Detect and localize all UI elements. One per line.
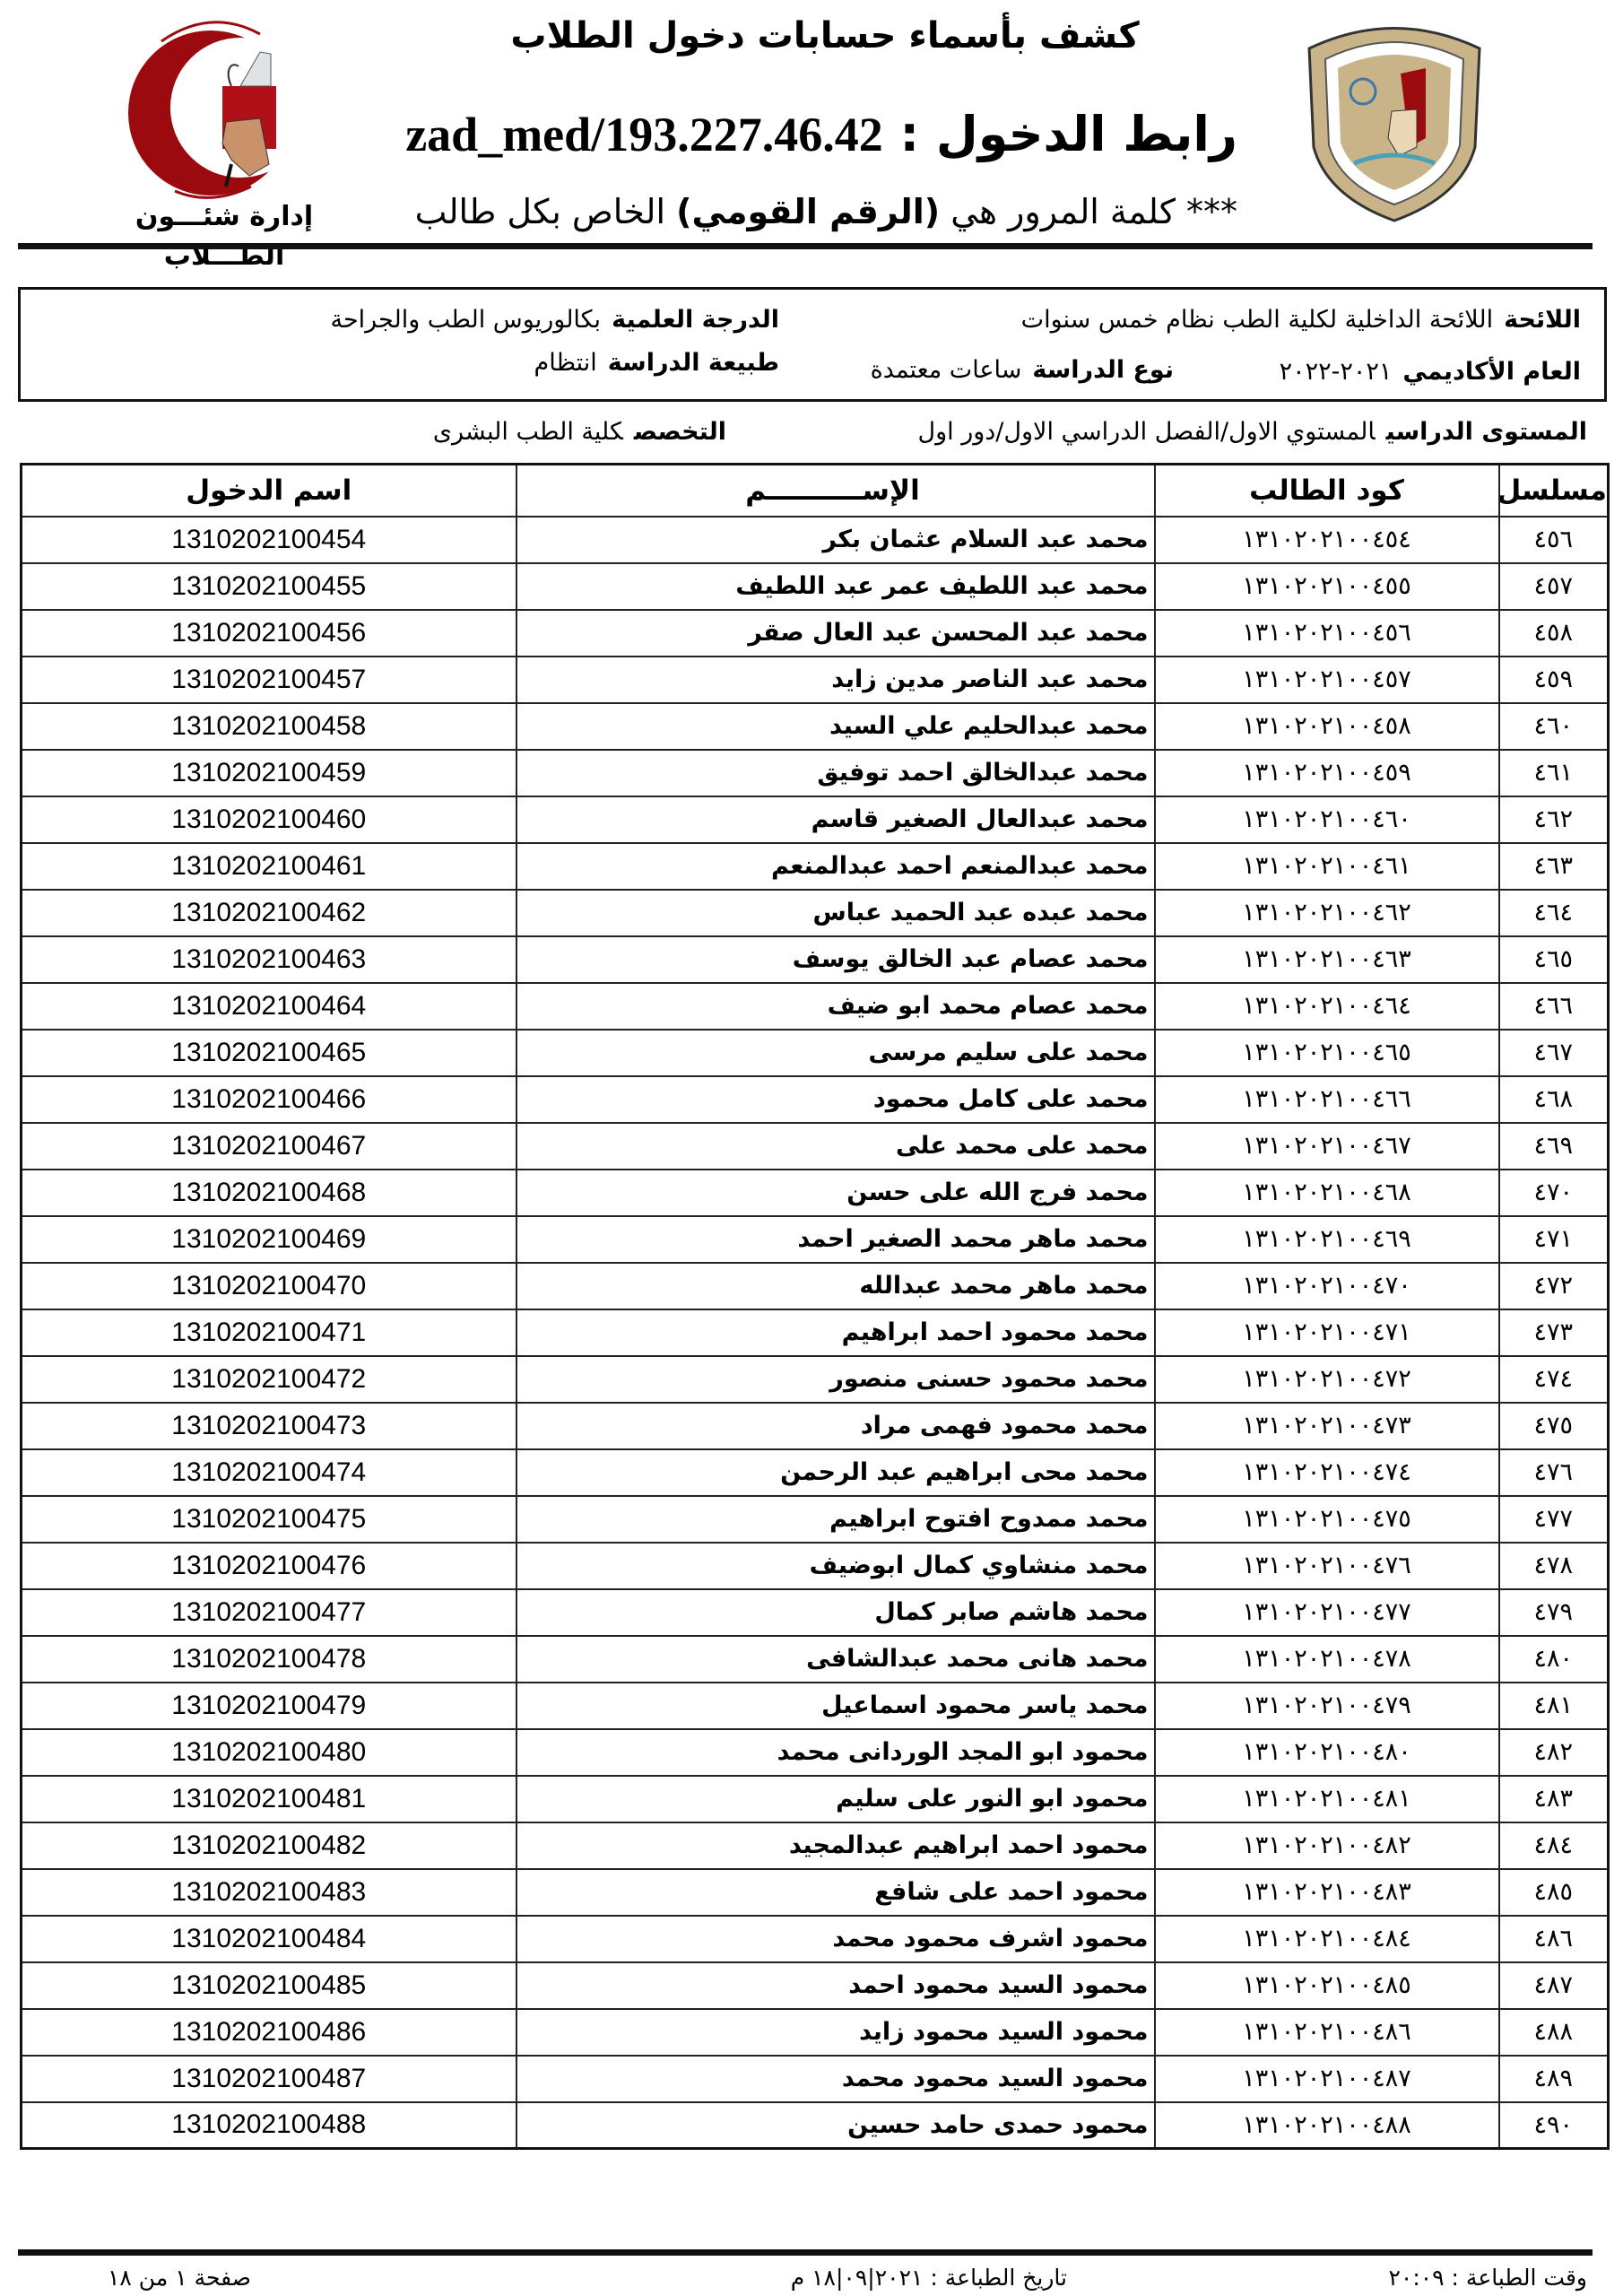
serial-cell: ٤٨١ bbox=[1499, 1683, 1609, 1729]
student-code-cell: ١٣١٠٢٠٢١٠٠٤٥٤ bbox=[1155, 517, 1499, 563]
student-code-cell: ١٣١٠٢٠٢١٠٠٤٦٧ bbox=[1155, 1123, 1499, 1170]
table-row: ٤٦٣١٣١٠٢٠٢١٠٠٤٦١محمد عبدالمنعم احمد عبدا… bbox=[22, 843, 1609, 890]
degree-value: بكالوريوس الطب والجراحة bbox=[330, 306, 601, 334]
student-name-cell: محمد عبدالعال الصغير قاسم bbox=[516, 796, 1155, 843]
student-name-cell: محمود السيد محمود احمد bbox=[516, 1962, 1155, 2009]
login-name-cell: 1310202100462 bbox=[22, 890, 516, 936]
table-header-row: مسلسل كود الطالب الإســــــــــم اسم الد… bbox=[22, 465, 1609, 517]
student-name-cell: محمد عبدالخالق احمد توفيق bbox=[516, 750, 1155, 796]
student-code-cell: ١٣١٠٢٠٢١٠٠٤٨٠ bbox=[1155, 1729, 1499, 1776]
table-row: ٤٧٧١٣١٠٢٠٢١٠٠٤٧٥محمد ممدوح افتوح ابراهيم… bbox=[22, 1496, 1609, 1543]
degree-field: الدرجة العلميةبكالوريوس الطب والجراحة bbox=[330, 302, 779, 338]
academic-year-label: العام الأكاديمي bbox=[1402, 358, 1581, 386]
student-name-cell: محمد ياسر محمود اسماعيل bbox=[516, 1683, 1155, 1729]
login-name-cell: 1310202100464 bbox=[22, 983, 516, 1030]
student-name-cell: محمد على كامل محمود bbox=[516, 1076, 1155, 1123]
student-code-cell: ١٣١٠٢٠٢١٠٠٤٥٥ bbox=[1155, 563, 1499, 610]
login-name-cell: 1310202100461 bbox=[22, 843, 516, 890]
login-name-cell: 1310202100459 bbox=[22, 750, 516, 796]
student-name-cell: محمود حمدى حامد حسين bbox=[516, 2102, 1155, 2149]
regulation-label: اللائحة bbox=[1504, 306, 1581, 334]
page-number: صفحة ١ من ١٨ bbox=[108, 2262, 251, 2294]
password-note-suffix: الخاص بكل طالب bbox=[415, 192, 665, 231]
login-name-cell: 1310202100481 bbox=[22, 1776, 516, 1822]
serial-cell: ٤٨٠ bbox=[1499, 1636, 1609, 1683]
login-name-cell: 1310202100475 bbox=[22, 1496, 516, 1543]
specialization-field: التخصصكلية الطب البشرى bbox=[433, 414, 726, 450]
student-name-cell: محمود السيد محمود زايد bbox=[516, 2009, 1155, 2056]
table-row: ٤٧٨١٣١٠٢٠٢١٠٠٤٧٦محمد منشاوي كمال ابوضيف1… bbox=[22, 1543, 1609, 1589]
serial-cell: ٤٦٦ bbox=[1499, 983, 1609, 1030]
student-name-cell: محمود ابو المجد الوردانى محمد bbox=[516, 1729, 1155, 1776]
serial-cell: ٤٨٥ bbox=[1499, 1869, 1609, 1916]
login-name-cell: 1310202100488 bbox=[22, 2102, 516, 2149]
serial-cell: ٤٥٧ bbox=[1499, 563, 1609, 610]
login-name-cell: 1310202100454 bbox=[22, 517, 516, 563]
regulation-field: اللائحةاللائحة الداخلية لكلية الطب نظام … bbox=[1021, 302, 1581, 338]
study-nature-value: انتظام bbox=[534, 349, 597, 377]
serial-cell: ٤٦٠ bbox=[1499, 703, 1609, 750]
student-name-cell: محمد عبده عبد الحميد عباس bbox=[516, 890, 1155, 936]
student-name-cell: محمود احمد على شافع bbox=[516, 1869, 1155, 1916]
table-row: ٤٧٢١٣١٠٢٠٢١٠٠٤٧٠محمد ماهر محمد عبدالله13… bbox=[22, 1263, 1609, 1309]
login-name-cell: 1310202100470 bbox=[22, 1263, 516, 1309]
table-row: ٤٥٩١٣١٠٢٠٢١٠٠٤٥٧محمد عبد الناصر مدين زاي… bbox=[22, 657, 1609, 703]
student-code-cell: ١٣١٠٢٠٢١٠٠٤٧٠ bbox=[1155, 1263, 1499, 1309]
student-code-cell: ١٣١٠٢٠٢١٠٠٤٦٤ bbox=[1155, 983, 1499, 1030]
student-name-cell: محمد عبدالحليم علي السيد bbox=[516, 703, 1155, 750]
login-name-cell: 1310202100465 bbox=[22, 1030, 516, 1076]
login-name-cell: 1310202100460 bbox=[22, 796, 516, 843]
student-name-cell: محمد محمود احمد ابراهيم bbox=[516, 1309, 1155, 1356]
student-code-cell: ١٣١٠٢٠٢١٠٠٤٨١ bbox=[1155, 1776, 1499, 1822]
specialization-label: التخصص bbox=[634, 418, 726, 446]
password-note-bold: (الرقم القومي) bbox=[676, 192, 940, 231]
student-name-cell: محمد عبدالمنعم احمد عبدالمنعم bbox=[516, 843, 1155, 890]
table-row: ٤٨٤١٣١٠٢٠٢١٠٠٤٨٢محمود احمد ابراهيم عبدال… bbox=[22, 1822, 1609, 1869]
student-name-cell: محمد منشاوي كمال ابوضيف bbox=[516, 1543, 1155, 1589]
login-name-cell: 1310202100473 bbox=[22, 1403, 516, 1449]
table-row: ٤٨٣١٣١٠٢٠٢١٠٠٤٨١محمود ابو النور على سليم… bbox=[22, 1776, 1609, 1822]
table-row: ٤٨٧١٣١٠٢٠٢١٠٠٤٨٥محمود السيد محمود احمد13… bbox=[22, 1962, 1609, 2009]
student-code-cell: ١٣١٠٢٠٢١٠٠٤٦٣ bbox=[1155, 936, 1499, 983]
student-code-cell: ١٣١٠٢٠٢١٠٠٤٧١ bbox=[1155, 1309, 1499, 1356]
table-row: ٤٦٨١٣١٠٢٠٢١٠٠٤٦٦محمد على كامل محمود13102… bbox=[22, 1076, 1609, 1123]
study-level-field: المستوى الدراسيالمستوي الاول/الفصل الدرا… bbox=[917, 414, 1587, 450]
study-type-field: نوع الدراسةساعات معتمدة bbox=[871, 352, 1174, 388]
column-header-serial: مسلسل bbox=[1499, 465, 1609, 517]
student-code-cell: ١٣١٠٢٠٢١٠٠٤٨٥ bbox=[1155, 1962, 1499, 2009]
serial-cell: ٤٦٧ bbox=[1499, 1030, 1609, 1076]
regulation-value: اللائحة الداخلية لكلية الطب نظام خمس سنو… bbox=[1021, 306, 1493, 334]
table-row: ٤٨٩١٣١٠٢٠٢١٠٠٤٨٧محمود السيد محمود محمد13… bbox=[22, 2056, 1609, 2102]
serial-cell: ٤٦٩ bbox=[1499, 1123, 1609, 1170]
login-name-cell: 1310202100483 bbox=[22, 1869, 516, 1916]
serial-cell: ٤٧٥ bbox=[1499, 1403, 1609, 1449]
study-type-label: نوع الدراسة bbox=[1032, 356, 1174, 384]
study-nature-label: طبيعة الدراسة bbox=[608, 349, 779, 377]
student-name-cell: محمد على محمد على bbox=[516, 1123, 1155, 1170]
login-name-cell: 1310202100484 bbox=[22, 1916, 516, 1962]
study-type-value: ساعات معتمدة bbox=[871, 356, 1022, 384]
serial-cell: ٤٦١ bbox=[1499, 750, 1609, 796]
serial-cell: ٤٨٨ bbox=[1499, 2009, 1609, 2056]
student-code-cell: ١٣١٠٢٠٢١٠٠٤٨٦ bbox=[1155, 2009, 1499, 2056]
serial-cell: ٤٦٢ bbox=[1499, 796, 1609, 843]
serial-cell: ٤٧٩ bbox=[1499, 1589, 1609, 1636]
crescent-pharaoh-logo-icon bbox=[126, 7, 305, 209]
student-code-cell: ١٣١٠٢٠٢١٠٠٤٦٦ bbox=[1155, 1076, 1499, 1123]
student-code-cell: ١٣١٠٢٠٢١٠٠٤٦٢ bbox=[1155, 890, 1499, 936]
table-body: ٤٥٦١٣١٠٢٠٢١٠٠٤٥٤محمد عبد السلام عثمان بك… bbox=[22, 517, 1609, 2149]
column-header-student-code: كود الطالب bbox=[1155, 465, 1499, 517]
student-code-cell: ١٣١٠٢٠٢١٠٠٤٨٣ bbox=[1155, 1869, 1499, 1916]
student-code-cell: ١٣١٠٢٠٢١٠٠٤٧٣ bbox=[1155, 1403, 1499, 1449]
program-info-box: اللائحةاللائحة الداخلية لكلية الطب نظام … bbox=[18, 287, 1607, 402]
serial-cell: ٤٦٨ bbox=[1499, 1076, 1609, 1123]
study-nature-field: طبيعة الدراسةانتظام bbox=[534, 345, 779, 381]
student-code-cell: ١٣١٠٢٠٢١٠٠٤٧٤ bbox=[1155, 1449, 1499, 1496]
university-crest bbox=[1291, 13, 1497, 228]
serial-cell: ٤٨٧ bbox=[1499, 1962, 1609, 2009]
login-name-cell: 1310202100474 bbox=[22, 1449, 516, 1496]
login-name-cell: 1310202100463 bbox=[22, 936, 516, 983]
page-title: كشف بأسماء حسابات دخول الطلاب bbox=[502, 9, 1148, 63]
table-row: ٤٧٥١٣١٠٢٠٢١٠٠٤٧٣محمد محمود فهمى مراد1310… bbox=[22, 1403, 1609, 1449]
student-name-cell: محمد عبد المحسن عبد العال صقر bbox=[516, 610, 1155, 657]
student-code-cell: ١٣١٠٢٠٢١٠٠٤٨٧ bbox=[1155, 2056, 1499, 2102]
table-row: ٤٧٤١٣١٠٢٠٢١٠٠٤٧٢محمد محمود حسنى منصور131… bbox=[22, 1356, 1609, 1403]
student-code-cell: ١٣١٠٢٠٢١٠٠٤٦١ bbox=[1155, 843, 1499, 890]
table-row: ٤٨٦١٣١٠٢٠٢١٠٠٤٨٤محمود اشرف محمود محمد131… bbox=[22, 1916, 1609, 1962]
table-row: ٤٦٥١٣١٠٢٠٢١٠٠٤٦٣محمد عصام عبد الخالق يوس… bbox=[22, 936, 1609, 983]
serial-cell: ٤٧١ bbox=[1499, 1216, 1609, 1263]
login-name-cell: 1310202100467 bbox=[22, 1123, 516, 1170]
serial-cell: ٤٧٨ bbox=[1499, 1543, 1609, 1589]
table-row: ٤٦٤١٣١٠٢٠٢١٠٠٤٦٢محمد عبده عبد الحميد عبا… bbox=[22, 890, 1609, 936]
student-code-cell: ١٣١٠٢٠٢١٠٠٤٧٢ bbox=[1155, 1356, 1499, 1403]
serial-cell: ٤٩٠ bbox=[1499, 2102, 1609, 2149]
table-row: ٤٨٢١٣١٠٢٠٢١٠٠٤٨٠محمود ابو المجد الوردانى… bbox=[22, 1729, 1609, 1776]
student-name-cell: محمود احمد ابراهيم عبدالمجيد bbox=[516, 1822, 1155, 1869]
login-name-cell: 1310202100458 bbox=[22, 703, 516, 750]
serial-cell: ٤٨٦ bbox=[1499, 1916, 1609, 1962]
table-row: ٤٥٧١٣١٠٢٠٢١٠٠٤٥٥محمد عبد اللطيف عمر عبد … bbox=[22, 563, 1609, 610]
student-code-cell: ١٣١٠٢٠٢١٠٠٤٧٩ bbox=[1155, 1683, 1499, 1729]
login-url[interactable]: 193.227.46.42/zad_med bbox=[405, 108, 883, 161]
student-name-cell: محمد هانى محمد عبدالشافى bbox=[516, 1636, 1155, 1683]
header-divider bbox=[18, 243, 1593, 249]
table-row: ٤٩٠١٣١٠٢٠٢١٠٠٤٨٨محمود حمدى حامد حسين1310… bbox=[22, 2102, 1609, 2149]
login-name-cell: 1310202100469 bbox=[22, 1216, 516, 1263]
login-name-cell: 1310202100479 bbox=[22, 1683, 516, 1729]
student-code-cell: ١٣١٠٢٠٢١٠٠٤٦٩ bbox=[1155, 1216, 1499, 1263]
table-row: ٤٧٩١٣١٠٢٠٢١٠٠٤٧٧محمد هاشم صابر كمال13102… bbox=[22, 1589, 1609, 1636]
table-row: ٤٥٦١٣١٠٢٠٢١٠٠٤٥٤محمد عبد السلام عثمان بك… bbox=[22, 517, 1609, 563]
serial-cell: ٤٧٣ bbox=[1499, 1309, 1609, 1356]
academic-year-field: العام الأكاديمي٢٠٢١-٢٠٢٢ bbox=[1280, 354, 1581, 390]
serial-cell: ٤٥٩ bbox=[1499, 657, 1609, 703]
login-name-cell: 1310202100477 bbox=[22, 1589, 516, 1636]
login-name-cell: 1310202100476 bbox=[22, 1543, 516, 1589]
print-time: وقت الطباعة : ٢٠:٠٩ bbox=[1388, 2262, 1587, 2294]
footer-divider bbox=[18, 2249, 1593, 2256]
student-name-cell: محمد ماهر محمد عبدالله bbox=[516, 1263, 1155, 1309]
student-name-cell: محمد محمود فهمى مراد bbox=[516, 1403, 1155, 1449]
column-header-login: اسم الدخول bbox=[22, 465, 516, 517]
print-date: تاريخ الطباعة : ٢٠٢١|٠٩|١٨ م bbox=[791, 2262, 1067, 2294]
specialization-value: كلية الطب البشرى bbox=[433, 418, 623, 446]
student-name-cell: محمد عبد الناصر مدين زايد bbox=[516, 657, 1155, 703]
serial-cell: ٤٦٥ bbox=[1499, 936, 1609, 983]
study-level-label: المستوى الدراسي bbox=[1386, 418, 1587, 446]
serial-cell: ٤٧٢ bbox=[1499, 1263, 1609, 1309]
login-name-cell: 1310202100466 bbox=[22, 1076, 516, 1123]
table-row: ٤٥٨١٣١٠٢٠٢١٠٠٤٥٦محمد عبد المحسن عبد العا… bbox=[22, 610, 1609, 657]
table-row: ٤٦١١٣١٠٢٠٢١٠٠٤٥٩محمد عبدالخالق احمد توفي… bbox=[22, 750, 1609, 796]
table-row: ٤٦٢١٣١٠٢٠٢١٠٠٤٦٠محمد عبدالعال الصغير قاس… bbox=[22, 796, 1609, 843]
study-level-value: المستوي الاول/الفصل الدراسي الاول/دور او… bbox=[917, 418, 1375, 446]
student-name-cell: محمد عصام محمد ابو ضيف bbox=[516, 983, 1155, 1030]
serial-cell: ٤٨٤ bbox=[1499, 1822, 1609, 1869]
table-row: ٤٦٩١٣١٠٢٠٢١٠٠٤٦٧محمد على محمد على1310202… bbox=[22, 1123, 1609, 1170]
login-link-label: رابط الدخول : bbox=[900, 106, 1238, 162]
student-name-cell: محمد ممدوح افتوح ابراهيم bbox=[516, 1496, 1155, 1543]
login-name-cell: 1310202100485 bbox=[22, 1962, 516, 2009]
student-accounts-table: مسلسل كود الطالب الإســــــــــم اسم الد… bbox=[20, 463, 1610, 2150]
student-code-cell: ١٣١٠٢٠٢١٠٠٤٨٤ bbox=[1155, 1916, 1499, 1962]
degree-label: الدرجة العلمية bbox=[612, 306, 779, 334]
table-row: ٤٧٦١٣١٠٢٠٢١٠٠٤٧٤محمد محى ابراهيم عبد الر… bbox=[22, 1449, 1609, 1496]
login-name-cell: 1310202100472 bbox=[22, 1356, 516, 1403]
login-name-cell: 1310202100456 bbox=[22, 610, 516, 657]
login-name-cell: 1310202100455 bbox=[22, 563, 516, 610]
login-name-cell: 1310202100471 bbox=[22, 1309, 516, 1356]
serial-cell: ٤٦٤ bbox=[1499, 890, 1609, 936]
student-code-cell: ١٣١٠٢٠٢١٠٠٤٦٥ bbox=[1155, 1030, 1499, 1076]
student-name-cell: محمد عبد اللطيف عمر عبد اللطيف bbox=[516, 563, 1155, 610]
student-name-cell: محمد عبد السلام عثمان بكر bbox=[516, 517, 1155, 563]
student-name-cell: محمد محى ابراهيم عبد الرحمن bbox=[516, 1449, 1155, 1496]
student-code-cell: ١٣١٠٢٠٢١٠٠٤٧٧ bbox=[1155, 1589, 1499, 1636]
serial-cell: ٤٨٢ bbox=[1499, 1729, 1609, 1776]
student-code-cell: ١٣١٠٢٠٢١٠٠٤٨٨ bbox=[1155, 2102, 1499, 2149]
student-name-cell: محمود اشرف محمود محمد bbox=[516, 1916, 1155, 1962]
login-name-cell: 1310202100457 bbox=[22, 657, 516, 703]
login-link-line: رابط الدخول : 193.227.46.42/zad_med bbox=[430, 100, 1237, 169]
student-code-cell: ١٣١٠٢٠٢١٠٠٤٧٨ bbox=[1155, 1636, 1499, 1683]
table-row: ٤٦٠١٣١٠٢٠٢١٠٠٤٥٨محمد عبدالحليم علي السيد… bbox=[22, 703, 1609, 750]
column-header-name: الإســــــــــم bbox=[516, 465, 1155, 517]
student-code-cell: ١٣١٠٢٠٢١٠٠٤٦٠ bbox=[1155, 796, 1499, 843]
student-name-cell: محمود السيد محمود محمد bbox=[516, 2056, 1155, 2102]
login-name-cell: 1310202100487 bbox=[22, 2056, 516, 2102]
table-row: ٤٧٣١٣١٠٢٠٢١٠٠٤٧١محمد محمود احمد ابراهيم1… bbox=[22, 1309, 1609, 1356]
serial-cell: ٤٨٣ bbox=[1499, 1776, 1609, 1822]
student-code-cell: ١٣١٠٢٠٢١٠٠٤٨٢ bbox=[1155, 1822, 1499, 1869]
table-row: ٤٨٠١٣١٠٢٠٢١٠٠٤٧٨محمد هانى محمد عبدالشافى… bbox=[22, 1636, 1609, 1683]
student-code-cell: ١٣١٠٢٠٢١٠٠٤٧٥ bbox=[1155, 1496, 1499, 1543]
table-row: ٤٨١١٣١٠٢٠٢١٠٠٤٧٩محمد ياسر محمود اسماعيل1… bbox=[22, 1683, 1609, 1729]
login-name-cell: 1310202100480 bbox=[22, 1729, 516, 1776]
serial-cell: ٤٦٣ bbox=[1499, 843, 1609, 890]
login-name-cell: 1310202100478 bbox=[22, 1636, 516, 1683]
serial-cell: ٤٥٨ bbox=[1499, 610, 1609, 657]
student-name-cell: محمد هاشم صابر كمال bbox=[516, 1589, 1155, 1636]
student-name-cell: محمد فرج الله على حسن bbox=[516, 1170, 1155, 1216]
serial-cell: ٤٧٤ bbox=[1499, 1356, 1609, 1403]
password-note-prefix: *** كلمة المرور هي bbox=[950, 192, 1237, 231]
login-name-cell: 1310202100468 bbox=[22, 1170, 516, 1216]
student-code-cell: ١٣١٠٢٠٢١٠٠٤٥٧ bbox=[1155, 657, 1499, 703]
table-row: ٤٨٥١٣١٠٢٠٢١٠٠٤٨٣محمود احمد على شافع13102… bbox=[22, 1869, 1609, 1916]
student-code-cell: ١٣١٠٢٠٢١٠٠٤٥٨ bbox=[1155, 703, 1499, 750]
student-name-cell: محمود ابو النور على سليم bbox=[516, 1776, 1155, 1822]
student-name-cell: محمد محمود حسنى منصور bbox=[516, 1356, 1155, 1403]
student-name-cell: محمد عصام عبد الخالق يوسف bbox=[516, 936, 1155, 983]
serial-cell: ٤٨٩ bbox=[1499, 2056, 1609, 2102]
student-code-cell: ١٣١٠٢٠٢١٠٠٤٥٦ bbox=[1155, 610, 1499, 657]
table-row: ٤٦٦١٣١٠٢٠٢١٠٠٤٦٤محمد عصام محمد ابو ضيف13… bbox=[22, 983, 1609, 1030]
table-row: ٤٨٨١٣١٠٢٠٢١٠٠٤٨٦محمود السيد محمود زايد13… bbox=[22, 2009, 1609, 2056]
table-row: ٤٧٠١٣١٠٢٠٢١٠٠٤٦٨محمد فرج الله على حسن131… bbox=[22, 1170, 1609, 1216]
student-code-cell: ١٣١٠٢٠٢١٠٠٤٦٨ bbox=[1155, 1170, 1499, 1216]
serial-cell: ٤٧٦ bbox=[1499, 1449, 1609, 1496]
student-name-cell: محمد ماهر محمد الصغير احمد bbox=[516, 1216, 1155, 1263]
login-name-cell: 1310202100486 bbox=[22, 2009, 516, 2056]
table-row: ٤٦٧١٣١٠٢٠٢١٠٠٤٦٥محمد على سليم مرسى131020… bbox=[22, 1030, 1609, 1076]
table-row: ٤٧١١٣١٠٢٠٢١٠٠٤٦٩محمد ماهر محمد الصغير اح… bbox=[22, 1216, 1609, 1263]
student-code-cell: ١٣١٠٢٠٢١٠٠٤٧٦ bbox=[1155, 1543, 1499, 1589]
academic-year-value: ٢٠٢١-٢٠٢٢ bbox=[1280, 358, 1393, 386]
password-note: *** كلمة المرور هي (الرقم القومي) الخاص … bbox=[430, 187, 1237, 237]
department-name: إدارة شئـــون الطـــلاب bbox=[81, 197, 368, 276]
login-name-cell: 1310202100482 bbox=[22, 1822, 516, 1869]
student-name-cell: محمد على سليم مرسى bbox=[516, 1030, 1155, 1076]
serial-cell: ٤٥٦ bbox=[1499, 517, 1609, 563]
serial-cell: ٤٧٠ bbox=[1499, 1170, 1609, 1216]
student-code-cell: ١٣١٠٢٠٢١٠٠٤٥٩ bbox=[1155, 750, 1499, 796]
faculty-logo bbox=[126, 7, 305, 209]
serial-cell: ٤٧٧ bbox=[1499, 1496, 1609, 1543]
shield-crest-icon bbox=[1291, 13, 1497, 228]
